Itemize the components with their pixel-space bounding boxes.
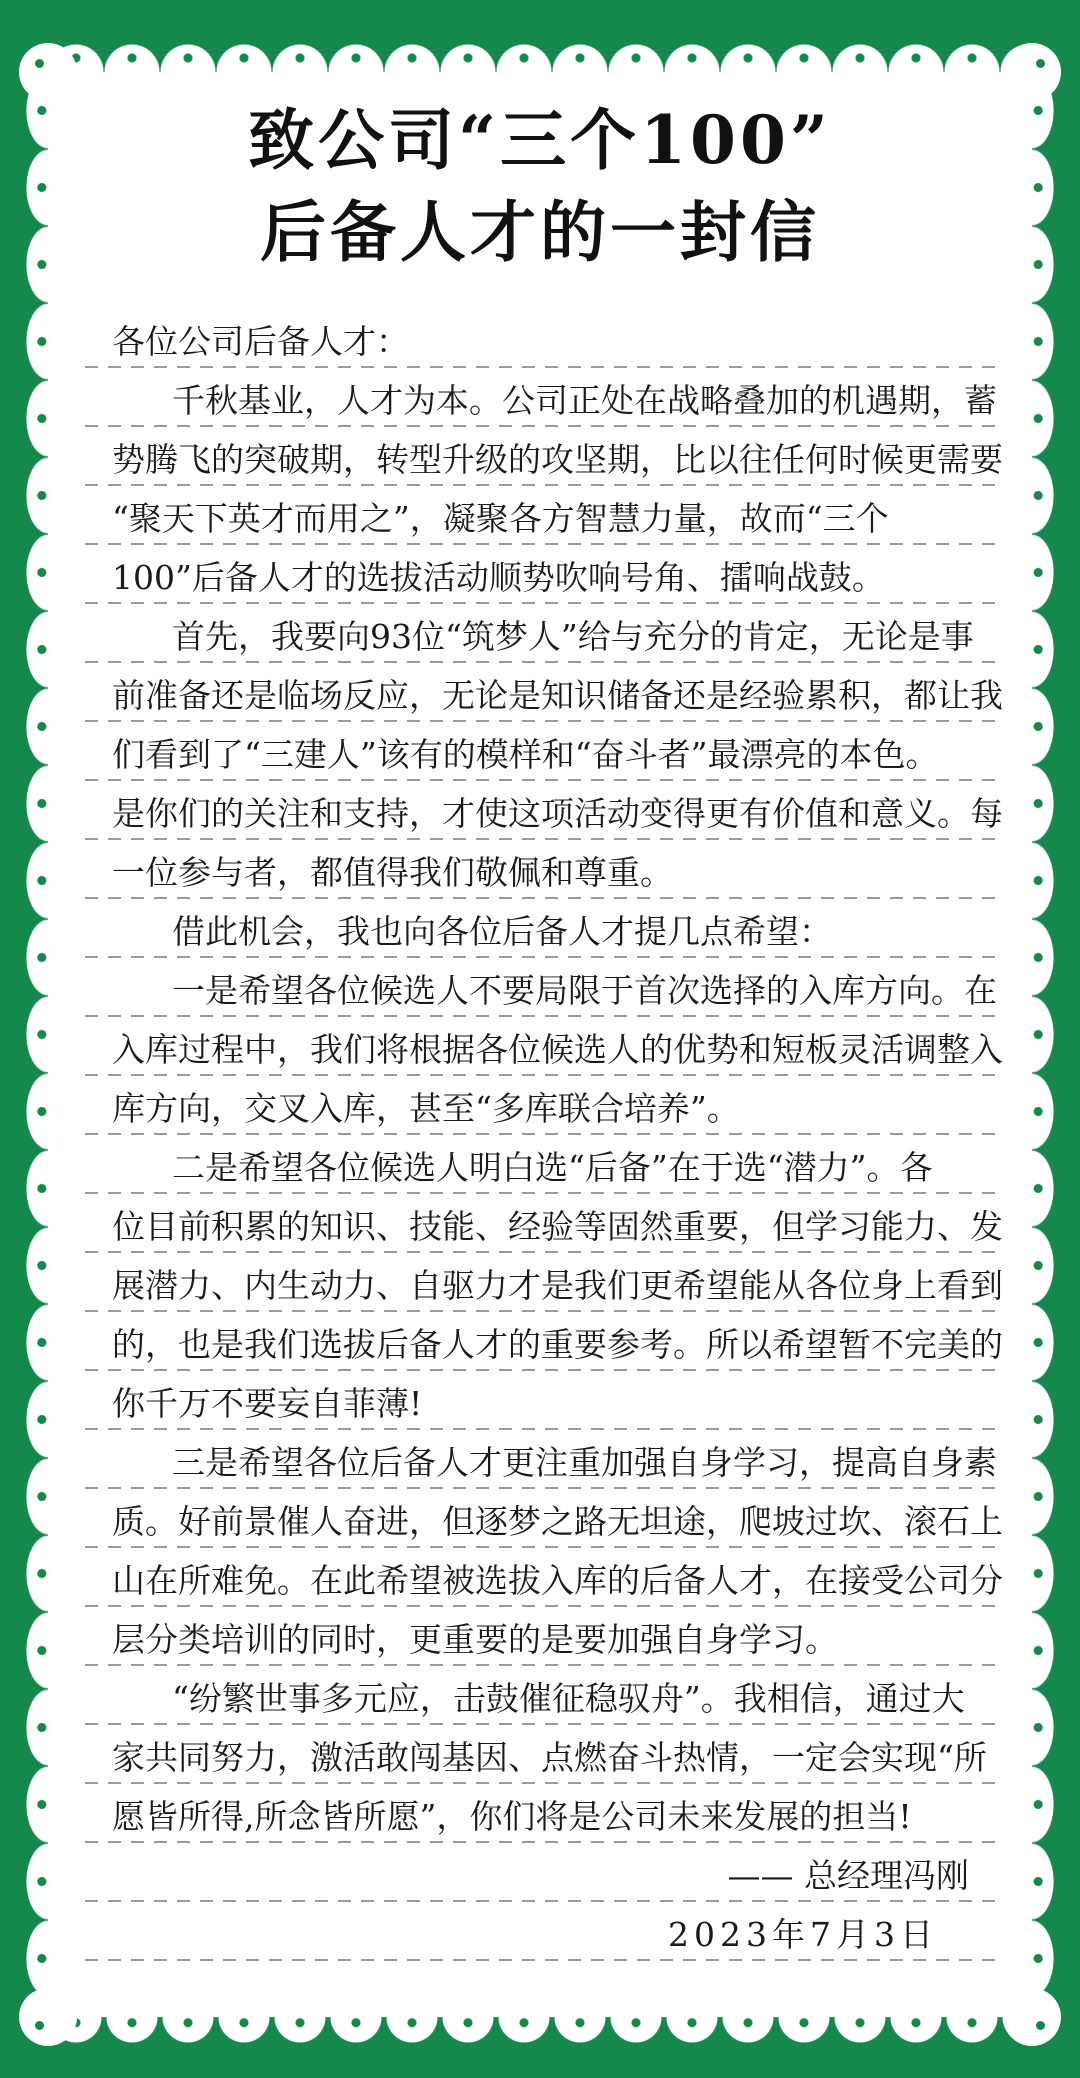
title-line-1: 致公司“三个100” <box>48 94 1032 186</box>
text-row: 的，也是我们选拔后备人才的重要参考。所以希望暂不完美的 <box>85 1312 995 1371</box>
date-text: 2023年7月3日 <box>668 1917 938 1953</box>
text-row: 你千万不要妄自菲薄! <box>85 1371 995 1430</box>
scallop-corner-top-left-icon <box>19 43 77 101</box>
text-row: 二是希望各位候选人明白选“后备”在于选“潜力”。各 <box>85 1135 995 1194</box>
row-text: “聚天下英才而用之”，凝聚各方智慧力量，故而“三个 <box>112 501 889 537</box>
scallop-border-right-icon <box>1032 72 1054 2017</box>
scallop-corner-bottom-left-icon <box>19 1988 77 2046</box>
row-text: 首先，我要向93位“筑梦人”给与充分的肯定，无论是事 <box>172 619 974 655</box>
text-row: 一是希望各位候选人不要局限于首次选择的入库方向。在 <box>85 958 995 1017</box>
row-text: 库方向，交叉入库，甚至“多库联合培养”。 <box>112 1091 740 1127</box>
letter-body: 各位公司后备人才： 千秋基业，人才为本。公司正处在战略叠加的机遇期，蓄 势腾飞的… <box>85 309 995 1961</box>
text-row: 一位参与者，都值得我们敬佩和尊重。 <box>85 840 995 899</box>
title-line-2: 后备人才的一封信 <box>48 186 1032 278</box>
text-row: 家共同努力，激活敢闯基因、点燃奋斗热情，一定会实现“所 <box>85 1725 995 1784</box>
greeting-row: 各位公司后备人才： <box>85 309 995 368</box>
row-text: 一位参与者，都值得我们敬佩和尊重。 <box>112 855 673 891</box>
row-text: 100”后备人才的选拔活动顺势吹响号角、擂响战鼓。 <box>112 560 885 596</box>
row-text: 家共同努力，激活敢闯基因、点燃奋斗热情，一定会实现“所 <box>112 1740 987 1776</box>
scallop-border-bottom-icon <box>48 2017 1032 2043</box>
scallop-border-left-icon <box>26 72 48 2017</box>
text-row: 是你们的关注和支持，才使这项活动变得更有价值和意义。每 <box>85 781 995 840</box>
row-text: 质。好前景催人奋进，但逐梦之路无坦途，爬坡过坎、滚石上 <box>112 1504 1003 1540</box>
date-row: 2023年7月3日 <box>85 1902 995 1961</box>
text-row: 入库过程中，我们将根据各位候选人的优势和短板灵活调整入 <box>85 1017 995 1076</box>
text-row: 愿皆所得,所念皆所愿”，你们将是公司未来发展的担当! <box>85 1784 995 1843</box>
row-text: 千秋基业，人才为本。公司正处在战略叠加的机遇期，蓄 <box>172 383 997 419</box>
text-row: 质。好前景催人奋进，但逐梦之路无坦途，爬坡过坎、滚石上 <box>85 1489 995 1548</box>
row-text: 展潜力、内生动力、自驱力才是我们更希望能从各位身上看到 <box>112 1268 1003 1304</box>
row-text: 们看到了“三建人”该有的模样和“奋斗者”最漂亮的本色。 <box>112 737 938 773</box>
text-row: “纷繁世事多元应，击鼓催征稳驭舟”。我相信，通过大 <box>85 1666 995 1725</box>
text-row: 首先，我要向93位“筑梦人”给与充分的肯定，无论是事 <box>85 604 995 663</box>
text-row: 们看到了“三建人”该有的模样和“奋斗者”最漂亮的本色。 <box>85 722 995 781</box>
row-text: 的，也是我们选拔后备人才的重要参考。所以希望暂不完美的 <box>112 1327 1003 1363</box>
text-row: 100”后备人才的选拔活动顺势吹响号角、擂响战鼓。 <box>85 545 995 604</box>
signature-text: —— 总经理冯刚 <box>728 1858 970 1894</box>
text-row: 层分类培训的同时，更重要的是要加强自身学习。 <box>85 1607 995 1666</box>
row-text: 一是希望各位候选人不要局限于首次选择的入库方向。在 <box>172 973 997 1009</box>
text-row: “聚天下英才而用之”，凝聚各方智慧力量，故而“三个 <box>85 486 995 545</box>
letter-page: 致公司“三个100” 后备人才的一封信 各位公司后备人才： 千秋基业，人才为本。… <box>0 0 1080 2078</box>
row-text: 山在所难免。在此希望被选拔入库的后备人才，在接受公司分 <box>112 1563 1003 1599</box>
scallop-corner-bottom-right-icon <box>1003 1988 1061 2046</box>
text-row: 千秋基业，人才为本。公司正处在战略叠加的机遇期，蓄 <box>85 368 995 427</box>
row-text: 势腾飞的突破期，转型升级的攻坚期，比以往任何时候更需要 <box>112 442 1003 478</box>
signature-row: —— 总经理冯刚 <box>85 1843 995 1902</box>
row-text: 二是希望各位候选人明白选“后备”在于选“潜力”。各 <box>172 1150 932 1186</box>
row-text: 入库过程中，我们将根据各位候选人的优势和短板灵活调整入 <box>112 1032 1003 1068</box>
text-row: 势腾飞的突破期，转型升级的攻坚期，比以往任何时候更需要 <box>85 427 995 486</box>
row-text: 三是希望各位后备人才更注重加强自身学习，提高自身素 <box>172 1445 997 1481</box>
text-row: 三是希望各位后备人才更注重加强自身学习，提高自身素 <box>85 1430 995 1489</box>
row-text: “纷繁世事多元应，击鼓催征稳驭舟”。我相信，通过大 <box>172 1681 965 1717</box>
row-text: 是你们的关注和支持，才使这项活动变得更有价值和意义。每 <box>112 796 1003 832</box>
text-row: 借此机会，我也向各位后备人才提几点希望： <box>85 899 995 958</box>
row-text: 借此机会，我也向各位后备人才提几点希望： <box>172 914 832 950</box>
row-text: 各位公司后备人才： <box>112 324 409 360</box>
row-text: 前准备还是临场反应，无论是知识储备还是经验累积，都让我 <box>112 678 1003 714</box>
letter-title: 致公司“三个100” 后备人才的一封信 <box>48 94 1032 278</box>
text-row: 位目前积累的知识、技能、经验等固然重要，但学习能力、发 <box>85 1194 995 1253</box>
text-row: 展潜力、内生动力、自驱力才是我们更希望能从各位身上看到 <box>85 1253 995 1312</box>
scallop-border-top-icon <box>48 44 1032 72</box>
row-text: 位目前积累的知识、技能、经验等固然重要，但学习能力、发 <box>112 1209 1003 1245</box>
row-text: 层分类培训的同时，更重要的是要加强自身学习。 <box>112 1622 838 1658</box>
text-row: 库方向，交叉入库，甚至“多库联合培养”。 <box>85 1076 995 1135</box>
row-text: 你千万不要妄自菲薄! <box>112 1386 422 1422</box>
text-row: 前准备还是临场反应，无论是知识储备还是经验累积，都让我 <box>85 663 995 722</box>
text-row: 山在所难免。在此希望被选拔入库的后备人才，在接受公司分 <box>85 1548 995 1607</box>
scallop-corner-top-right-icon <box>1003 43 1061 101</box>
row-text: 愿皆所得,所念皆所愿”，你们将是公司未来发展的担当! <box>112 1799 912 1835</box>
